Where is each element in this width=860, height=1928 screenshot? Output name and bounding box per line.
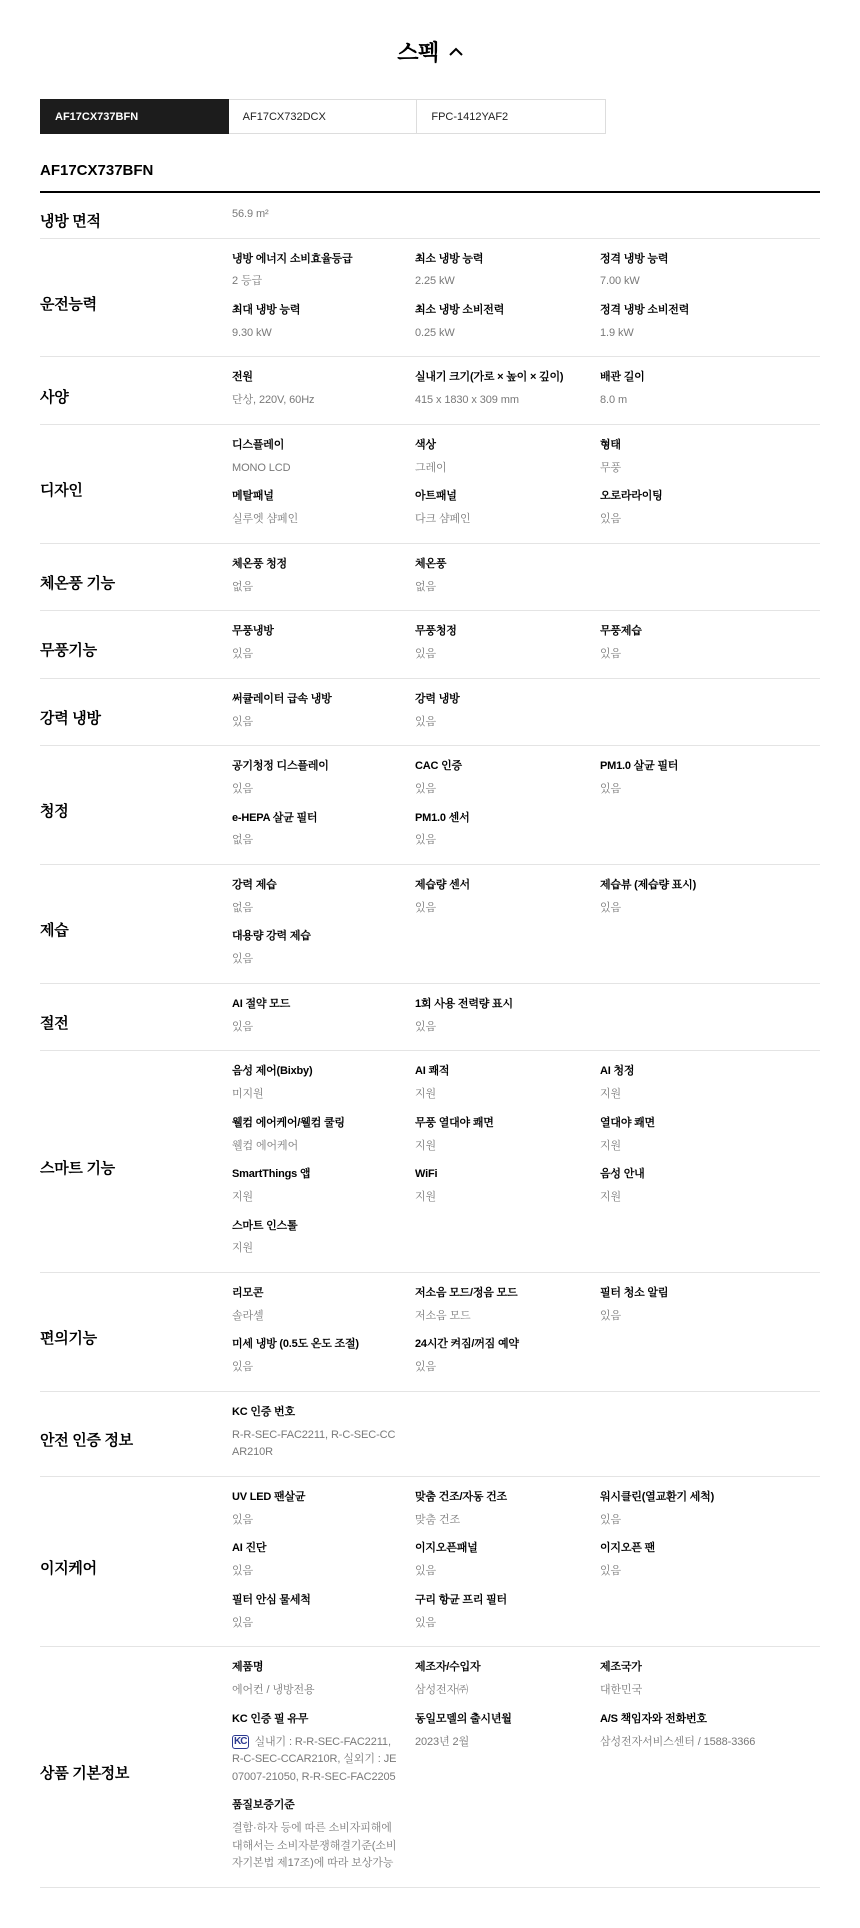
spec-cell: 워시클린(열교환기 세척)있음 <box>600 1490 820 1529</box>
spec-label: CAC 인증 <box>415 759 586 774</box>
spec-cell: WiFi지원 <box>415 1167 600 1206</box>
spec-label: 제조자/수입자 <box>415 1660 586 1675</box>
spec-value: 56.9 m² <box>232 206 401 224</box>
section-title: 무풍기능 <box>40 639 232 660</box>
section-title: 절전 <box>40 1012 232 1033</box>
spec-value: 단상, 220V, 60Hz <box>232 392 401 410</box>
spec-value: 미지원 <box>232 1086 401 1104</box>
spec-cell: 1회 사용 전력량 표시있음 <box>415 997 600 1036</box>
spec-cell: 스마트 인스톨지원 <box>232 1219 415 1258</box>
spec-value: 있음 <box>415 900 586 918</box>
spec-label: UV LED 팬살균 <box>232 1490 401 1505</box>
spec-label: WiFi <box>415 1167 586 1182</box>
spec-value: 2.25 kW <box>415 273 586 291</box>
spec-label: 강력 냉방 <box>415 692 586 707</box>
spec-row: SmartThings 앱지원WiFi지원음성 안내지원 <box>232 1167 820 1218</box>
spec-row: 공기청정 디스플레이있음CAC 인증있음PM1.0 살균 필터있음 <box>232 759 820 810</box>
spec-value: 있음 <box>232 1512 401 1530</box>
spec-value: 있음 <box>600 781 806 799</box>
spec-cell: 체온풍 청정없음 <box>232 557 415 596</box>
spec-cell: KC 인증 번호R-R-SEC-FAC2211, R-C-SEC-CCAR210… <box>232 1405 415 1462</box>
spec-cell: AI 진단있음 <box>232 1541 415 1580</box>
spec-section: 체온풍 기능체온풍 청정없음체온풍없음 <box>40 544 820 611</box>
spec-row: 대용량 강력 제습있음 <box>232 929 820 980</box>
spec-value: 9.30 kW <box>232 325 401 343</box>
spec-section: 절전AI 절약 모드있음1회 사용 전력량 표시있음 <box>40 984 820 1051</box>
spec-cell: 무풍청정있음 <box>415 624 600 663</box>
spec-cell: 이지오픈 팬있음 <box>600 1541 820 1580</box>
spec-label: 색상 <box>415 438 586 453</box>
spec-value: 다크 샴페인 <box>415 511 586 529</box>
spec-value: 있음 <box>600 1563 806 1581</box>
spec-value: 있음 <box>232 1615 401 1633</box>
spec-label: 이지오픈 팬 <box>600 1541 806 1556</box>
spec-label: 무풍제습 <box>600 624 806 639</box>
spec-value: 있음 <box>415 1563 586 1581</box>
spec-cell: 전원단상, 220V, 60Hz <box>232 370 415 409</box>
spec-value: 있음 <box>600 1308 806 1326</box>
spec-value: 삼성전자서비스센터 / 1588-3366 <box>600 1734 806 1752</box>
spec-cell: 써큘레이터 급속 냉방있음 <box>232 692 415 731</box>
spec-label: 스마트 인스톨 <box>232 1219 401 1234</box>
spec-label: 체온풍 <box>415 557 586 572</box>
spec-cell: 제품명에어컨 / 냉방전용 <box>232 1660 415 1699</box>
spec-value: 7.00 kW <box>600 273 806 291</box>
spec-value: 실루엣 샴페인 <box>232 511 401 529</box>
spec-label: 저소음 모드/정음 모드 <box>415 1286 586 1301</box>
spec-label: PM1.0 센서 <box>415 811 586 826</box>
section-title: 디자인 <box>40 479 232 500</box>
spec-section: 제습강력 제습없음제습량 센서있음제습뷰 (제습량 표시)있음대용량 강력 제습… <box>40 865 820 984</box>
spec-cell: 공기청정 디스플레이있음 <box>232 759 415 798</box>
spec-value: 있음 <box>232 714 401 732</box>
spec-section: 냉방 면적56.9 m² <box>40 193 820 239</box>
spec-row: AI 진단있음이지오픈패널있음이지오픈 팬있음 <box>232 1541 820 1592</box>
spec-row: 냉방 에너지 소비효율등급2 등급최소 냉방 능력2.25 kW정격 냉방 능력… <box>232 252 820 303</box>
spec-row: 스마트 인스톨지원 <box>232 1219 820 1270</box>
kc-mark-icon: KC <box>232 1735 249 1749</box>
spec-label: 웰컴 에어케어/웰컴 쿨링 <box>232 1116 401 1131</box>
section-body: KC 인증 번호R-R-SEC-FAC2211, R-C-SEC-CCAR210… <box>232 1405 820 1474</box>
spec-cell: 필터 안심 물세척있음 <box>232 1593 415 1632</box>
section-body: 강력 제습없음제습량 센서있음제습뷰 (제습량 표시)있음대용량 강력 제습있음 <box>232 878 820 981</box>
spec-label: PM1.0 살균 필터 <box>600 759 806 774</box>
spec-label: A/S 책임자와 전화번호 <box>600 1712 806 1727</box>
spec-section: 강력 냉방써큘레이터 급속 냉방있음강력 냉방있음 <box>40 679 820 746</box>
spec-value: 있음 <box>415 1615 586 1633</box>
spec-cell: 강력 냉방있음 <box>415 692 600 731</box>
section-body: 음성 제어(Bixby)미지원AI 쾌적지원AI 청정지원웰컴 에어케어/웰컴 … <box>232 1064 820 1270</box>
spec-value: 있음 <box>600 1512 806 1530</box>
spec-value: R-R-SEC-FAC2211, R-C-SEC-CCAR210R <box>232 1427 401 1462</box>
section-body: 무풍냉방있음무풍청정있음무풍제습있음 <box>232 624 820 675</box>
spec-value: KC실내기 : R-R-SEC-FAC2211, R-C-SEC-CCAR210… <box>232 1734 401 1787</box>
spec-label: 디스플레이 <box>232 438 401 453</box>
section-title: 운전능력 <box>40 293 232 314</box>
spec-cell: AI 절약 모드있음 <box>232 997 415 1036</box>
spec-row: 강력 제습없음제습량 센서있음제습뷰 (제습량 표시)있음 <box>232 878 820 929</box>
spec-value: 있음 <box>232 951 401 969</box>
spec-value: 결함·하자 등에 따른 소비자피해에 대해서는 소비자분쟁해결기준(소비자기본법… <box>232 1820 401 1873</box>
spec-cell: 메탈패널실루엣 샴페인 <box>232 489 415 528</box>
spec-row: 웰컴 에어케어/웰컴 쿨링웰컴 에어케어무풍 열대야 쾌면지원열대야 쾌면지원 <box>232 1116 820 1167</box>
spec-row: 디스플레이MONO LCD색상그레이형태무풍 <box>232 438 820 489</box>
spec-label: 최대 냉방 능력 <box>232 303 401 318</box>
spec-value: 0.25 kW <box>415 325 586 343</box>
spec-value: 있음 <box>600 511 806 529</box>
section-body: 제품명에어컨 / 냉방전용제조자/수입자삼성전자㈜제조국가대한민국KC 인증 필… <box>232 1660 820 1885</box>
model-title: AF17CX737BFN <box>40 162 820 193</box>
spec-label: 필터 안심 물세척 <box>232 1593 401 1608</box>
spec-label: KC 인증 필 유무 <box>232 1712 401 1727</box>
spec-cell: 동일모델의 출시년월2023년 2월 <box>415 1712 600 1787</box>
section-title: 편의기능 <box>40 1327 232 1348</box>
spec-value: 그레이 <box>415 460 586 478</box>
spec-label: 무풍 열대야 쾌면 <box>415 1116 586 1131</box>
section-body: 디스플레이MONO LCD색상그레이형태무풍메탈패널실루엣 샴페인아트패널다크 … <box>232 438 820 541</box>
spec-cell: 정격 냉방 능력7.00 kW <box>600 252 820 291</box>
spec-value: 있음 <box>232 1019 401 1037</box>
spec-cell: 무풍제습있음 <box>600 624 820 663</box>
spec-value: 있음 <box>415 714 586 732</box>
spec-value: 웰컴 에어케어 <box>232 1138 401 1156</box>
spec-label: 정격 냉방 소비전력 <box>600 303 806 318</box>
spec-label: AI 청정 <box>600 1064 806 1079</box>
spec-value: 솔라셀 <box>232 1308 401 1326</box>
spec-cell: UV LED 팬살균있음 <box>232 1490 415 1529</box>
section-body: 리모콘솔라셀저소음 모드/정음 모드저소음 모드필터 청소 알림있음미세 냉방 … <box>232 1286 820 1389</box>
spec-row: 리모콘솔라셀저소음 모드/정음 모드저소음 모드필터 청소 알림있음 <box>232 1286 820 1337</box>
spec-section: 운전능력냉방 에너지 소비효율등급2 등급최소 냉방 능력2.25 kW정격 냉… <box>40 239 820 358</box>
spec-row: AI 절약 모드있음1회 사용 전력량 표시있음 <box>232 997 820 1048</box>
spec-label: 최소 냉방 능력 <box>415 252 586 267</box>
spec-label: AI 쾌적 <box>415 1064 586 1079</box>
spec-cell: 맞춤 건조/자동 건조맞춤 건조 <box>415 1490 600 1529</box>
spec-value: 지원 <box>232 1189 401 1207</box>
spec-value: 지원 <box>415 1086 586 1104</box>
spec-cell: 24시간 켜짐/꺼짐 예약있음 <box>415 1337 600 1376</box>
spec-label: 음성 안내 <box>600 1167 806 1182</box>
spec-row: KC 인증 번호R-R-SEC-FAC2211, R-C-SEC-CCAR210… <box>232 1405 820 1474</box>
spec-sections: 냉방 면적56.9 m²운전능력냉방 에너지 소비효율등급2 등급최소 냉방 능… <box>40 193 820 1888</box>
model-tab-fpc-1412yaf2[interactable]: FPC-1412YAF2 <box>417 99 606 134</box>
spec-value: 지원 <box>600 1189 806 1207</box>
spec-label: 냉방 에너지 소비효율등급 <box>232 252 401 267</box>
spec-value: 있음 <box>415 646 586 664</box>
spec-label: KC 인증 번호 <box>232 1405 401 1420</box>
spec-cell: 실내기 크기(가로 × 높이 × 깊이)415 x 1830 x 309 mm <box>415 370 600 409</box>
spec-cell: 이지오픈패널있음 <box>415 1541 600 1580</box>
spec-cell: 무풍 열대야 쾌면지원 <box>415 1116 600 1155</box>
spec-value: 지원 <box>600 1138 806 1156</box>
spec-value: 지원 <box>415 1138 586 1156</box>
spec-label: 정격 냉방 능력 <box>600 252 806 267</box>
spec-label: 리모콘 <box>232 1286 401 1301</box>
spec-label: 메탈패널 <box>232 489 401 504</box>
spec-section: 청정공기청정 디스플레이있음CAC 인증있음PM1.0 살균 필터있음e-HEP… <box>40 746 820 865</box>
spec-cell: 필터 청소 알림있음 <box>600 1286 820 1325</box>
spec-value: 에어컨 / 냉방전용 <box>232 1682 401 1700</box>
spec-row: 품질보증기준결함·하자 등에 따른 소비자피해에 대해서는 소비자분쟁해결기준(… <box>232 1798 820 1885</box>
section-body: 56.9 m² <box>232 206 820 236</box>
spec-value: 지원 <box>232 1240 401 1258</box>
spec-label: 아트패널 <box>415 489 586 504</box>
section-body: 전원단상, 220V, 60Hz실내기 크기(가로 × 높이 × 깊이)415 … <box>232 370 820 421</box>
spec-value: 맞춤 건조 <box>415 1512 586 1530</box>
spec-cell: 디스플레이MONO LCD <box>232 438 415 477</box>
spec-label: 1회 사용 전력량 표시 <box>415 997 586 1012</box>
spec-label: 체온풍 청정 <box>232 557 401 572</box>
spec-row: UV LED 팬살균있음맞춤 건조/자동 건조맞춤 건조워시클린(열교환기 세척… <box>232 1490 820 1541</box>
spec-cell: 체온풍없음 <box>415 557 600 596</box>
spec-cell: 아트패널다크 샴페인 <box>415 489 600 528</box>
spec-label: 제습량 센서 <box>415 878 586 893</box>
chevron-up-icon <box>449 47 463 56</box>
section-title: 안전 인증 정보 <box>40 1429 232 1450</box>
spec-value: 415 x 1830 x 309 mm <box>415 392 586 410</box>
spec-cell: 정격 냉방 소비전력1.9 kW <box>600 303 820 342</box>
section-body: 체온풍 청정없음체온풍없음 <box>232 557 820 608</box>
spec-value: 저소음 모드 <box>415 1308 586 1326</box>
spec-label: e-HEPA 살균 필터 <box>232 811 401 826</box>
spec-label: 대용량 강력 제습 <box>232 929 401 944</box>
spec-row: 음성 제어(Bixby)미지원AI 쾌적지원AI 청정지원 <box>232 1064 820 1115</box>
spec-cell: 열대야 쾌면지원 <box>600 1116 820 1155</box>
spec-label: 워시클린(열교환기 세척) <box>600 1490 806 1505</box>
spec-value: 8.0 m <box>600 392 806 410</box>
model-tabs: AF17CX737BFNAF17CX732DCXFPC-1412YAF2 <box>40 99 606 134</box>
spec-label: 필터 청소 알림 <box>600 1286 806 1301</box>
spec-label: 최소 냉방 소비전력 <box>415 303 586 318</box>
spec-section: 사양전원단상, 220V, 60Hz실내기 크기(가로 × 높이 × 깊이)41… <box>40 357 820 424</box>
spec-label: 맞춤 건조/자동 건조 <box>415 1490 586 1505</box>
spec-row: 최대 냉방 능력9.30 kW최소 냉방 소비전력0.25 kW정격 냉방 소비… <box>232 303 820 354</box>
spec-row: e-HEPA 살균 필터없음PM1.0 센서있음 <box>232 811 820 862</box>
spec-label: 열대야 쾌면 <box>600 1116 806 1131</box>
spec-page: 스펙 AF17CX737BFNAF17CX732DCXFPC-1412YAF2 … <box>0 0 860 1928</box>
spec-label: 품질보증기준 <box>232 1798 401 1813</box>
spec-section: 편의기능리모콘솔라셀저소음 모드/정음 모드저소음 모드필터 청소 알림있음미세… <box>40 1273 820 1392</box>
spec-value: 2 등급 <box>232 273 401 291</box>
spec-value: 지원 <box>600 1086 806 1104</box>
spec-cell: 최소 냉방 능력2.25 kW <box>415 252 600 291</box>
spec-value: 있음 <box>232 781 401 799</box>
section-title: 상품 기본정보 <box>40 1762 232 1783</box>
spec-cell: 형태무풍 <box>600 438 820 477</box>
spec-value: 없음 <box>415 579 586 597</box>
spec-value: 없음 <box>232 900 401 918</box>
spec-label: 배관 길이 <box>600 370 806 385</box>
spec-label: 오로라라이팅 <box>600 489 806 504</box>
spec-cell: 제습량 센서있음 <box>415 878 600 917</box>
spec-row: 전원단상, 220V, 60Hz실내기 크기(가로 × 높이 × 깊이)415 … <box>232 370 820 421</box>
spec-section: 스마트 기능음성 제어(Bixby)미지원AI 쾌적지원AI 청정지원웰컴 에어… <box>40 1051 820 1273</box>
spec-cell: 품질보증기준결함·하자 등에 따른 소비자피해에 대해서는 소비자분쟁해결기준(… <box>232 1798 415 1873</box>
spec-label: 24시간 켜짐/꺼짐 예약 <box>415 1337 586 1352</box>
spec-row: KC 인증 필 유무KC실내기 : R-R-SEC-FAC2211, R-C-S… <box>232 1712 820 1799</box>
spec-label: 미세 냉방 (0.5도 온도 조절) <box>232 1337 401 1352</box>
section-body: 써큘레이터 급속 냉방있음강력 냉방있음 <box>232 692 820 743</box>
spec-row: 무풍냉방있음무풍청정있음무풍제습있음 <box>232 624 820 675</box>
spec-label: AI 절약 모드 <box>232 997 401 1012</box>
spec-value: 없음 <box>232 579 401 597</box>
spec-cell: 강력 제습없음 <box>232 878 415 917</box>
spec-label: 음성 제어(Bixby) <box>232 1064 401 1079</box>
page-title: 스펙 <box>397 36 439 67</box>
spec-label: 제습뷰 (제습량 표시) <box>600 878 806 893</box>
spec-row: 체온풍 청정없음체온풍없음 <box>232 557 820 608</box>
spec-section: 상품 기본정보제품명에어컨 / 냉방전용제조자/수입자삼성전자㈜제조국가대한민국… <box>40 1647 820 1888</box>
spec-row: 제품명에어컨 / 냉방전용제조자/수입자삼성전자㈜제조국가대한민국 <box>232 1660 820 1711</box>
spec-cell: 음성 안내지원 <box>600 1167 820 1206</box>
spec-value: 지원 <box>415 1189 586 1207</box>
spec-label: 전원 <box>232 370 401 385</box>
spec-label: 무풍냉방 <box>232 624 401 639</box>
spec-value: 무풍 <box>600 460 806 478</box>
section-title: 사양 <box>40 386 232 407</box>
spec-cell: 리모콘솔라셀 <box>232 1286 415 1325</box>
section-title: 냉방 면적 <box>40 210 232 231</box>
spec-label: SmartThings 앱 <box>232 1167 401 1182</box>
spec-section: 이지케어UV LED 팬살균있음맞춤 건조/자동 건조맞춤 건조워시클린(열교환… <box>40 1477 820 1647</box>
spec-value: 있음 <box>415 1019 586 1037</box>
spec-value: 있음 <box>415 832 586 850</box>
spec-value: 1.9 kW <box>600 325 806 343</box>
spec-value: 있음 <box>600 646 806 664</box>
spec-cell: 웰컴 에어케어/웰컴 쿨링웰컴 에어케어 <box>232 1116 415 1155</box>
section-body: UV LED 팬살균있음맞춤 건조/자동 건조맞춤 건조워시클린(열교환기 세척… <box>232 1490 820 1644</box>
spec-label: 제조국가 <box>600 1660 806 1675</box>
spec-cell: e-HEPA 살균 필터없음 <box>232 811 415 850</box>
spec-label: 공기청정 디스플레이 <box>232 759 401 774</box>
spec-section: 안전 인증 정보KC 인증 번호R-R-SEC-FAC2211, R-C-SEC… <box>40 1392 820 1477</box>
spec-cell: AI 청정지원 <box>600 1064 820 1103</box>
spec-cell: 배관 길이8.0 m <box>600 370 820 409</box>
spec-cell: 대용량 강력 제습있음 <box>232 929 415 968</box>
spec-cell: 제조자/수입자삼성전자㈜ <box>415 1660 600 1699</box>
model-tab-af17cx732dcx[interactable]: AF17CX732DCX <box>229 99 418 134</box>
spec-row: 56.9 m² <box>232 206 820 236</box>
spec-cell: 오로라라이팅있음 <box>600 489 820 528</box>
spec-value: 없음 <box>232 832 401 850</box>
spec-value: 있음 <box>232 1563 401 1581</box>
spec-value: 있음 <box>415 781 586 799</box>
spec-value: 삼성전자㈜ <box>415 1682 586 1700</box>
spec-cell: A/S 책임자와 전화번호삼성전자서비스센터 / 1588-3366 <box>600 1712 820 1787</box>
model-tab-af17cx737bfn[interactable]: AF17CX737BFN <box>40 99 229 134</box>
spec-cell: 저소음 모드/정음 모드저소음 모드 <box>415 1286 600 1325</box>
spec-cell: 제조국가대한민국 <box>600 1660 820 1699</box>
spec-value: 있음 <box>415 1359 586 1377</box>
spec-row: 필터 안심 물세척있음구리 항균 프리 필터있음 <box>232 1593 820 1644</box>
spec-cell: 제습뷰 (제습량 표시)있음 <box>600 878 820 917</box>
section-body: 냉방 에너지 소비효율등급2 등급최소 냉방 능력2.25 kW정격 냉방 능력… <box>232 252 820 355</box>
spec-value: MONO LCD <box>232 460 401 478</box>
spec-value: 있음 <box>232 646 401 664</box>
spec-cell: 최대 냉방 능력9.30 kW <box>232 303 415 342</box>
spec-value: 있음 <box>600 900 806 918</box>
spec-cell: 색상그레이 <box>415 438 600 477</box>
spec-row: 메탈패널실루엣 샴페인아트패널다크 샴페인오로라라이팅있음 <box>232 489 820 540</box>
section-title: 제습 <box>40 919 232 940</box>
section-title: 체온풍 기능 <box>40 572 232 593</box>
spec-section: 무풍기능무풍냉방있음무풍청정있음무풍제습있음 <box>40 611 820 678</box>
spec-label: 실내기 크기(가로 × 높이 × 깊이) <box>415 370 586 385</box>
spec-cell: 음성 제어(Bixby)미지원 <box>232 1064 415 1103</box>
section-body: AI 절약 모드있음1회 사용 전력량 표시있음 <box>232 997 820 1048</box>
spec-value: 있음 <box>232 1359 401 1377</box>
spec-label: 강력 제습 <box>232 878 401 893</box>
spec-row: 써큘레이터 급속 냉방있음강력 냉방있음 <box>232 692 820 743</box>
spec-label: 써큘레이터 급속 냉방 <box>232 692 401 707</box>
spec-row: 미세 냉방 (0.5도 온도 조절)있음24시간 켜짐/꺼짐 예약있음 <box>232 1337 820 1388</box>
spec-cell: 냉방 에너지 소비효율등급2 등급 <box>232 252 415 291</box>
spec-cell: 56.9 m² <box>232 206 415 224</box>
spec-cell: 미세 냉방 (0.5도 온도 조절)있음 <box>232 1337 415 1376</box>
section-title: 이지케어 <box>40 1557 232 1578</box>
spec-label: 제품명 <box>232 1660 401 1675</box>
spec-label: 형태 <box>600 438 806 453</box>
spec-cell: KC 인증 필 유무KC실내기 : R-R-SEC-FAC2211, R-C-S… <box>232 1712 415 1787</box>
spec-label: 구리 항균 프리 필터 <box>415 1593 586 1608</box>
spec-cell: PM1.0 살균 필터있음 <box>600 759 820 798</box>
section-title: 스마트 기능 <box>40 1157 232 1178</box>
spec-cell: 구리 항균 프리 필터있음 <box>415 1593 600 1632</box>
spec-label: 동일모델의 출시년월 <box>415 1712 586 1727</box>
spec-value: 대한민국 <box>600 1682 806 1700</box>
spec-cell: CAC 인증있음 <box>415 759 600 798</box>
section-title: 청정 <box>40 800 232 821</box>
spec-label: 이지오픈패널 <box>415 1541 586 1556</box>
spec-accordion-header[interactable]: 스펙 <box>40 0 820 99</box>
section-body: 공기청정 디스플레이있음CAC 인증있음PM1.0 살균 필터있음e-HEPA … <box>232 759 820 862</box>
spec-cell: 최소 냉방 소비전력0.25 kW <box>415 303 600 342</box>
spec-section: 디자인디스플레이MONO LCD색상그레이형태무풍메탈패널실루엣 샴페인아트패널… <box>40 425 820 544</box>
spec-label: 무풍청정 <box>415 624 586 639</box>
spec-label: AI 진단 <box>232 1541 401 1556</box>
section-title: 강력 냉방 <box>40 707 232 728</box>
spec-value: 2023년 2월 <box>415 1734 586 1752</box>
spec-cell: SmartThings 앱지원 <box>232 1167 415 1206</box>
spec-cell: AI 쾌적지원 <box>415 1064 600 1103</box>
spec-cell: PM1.0 센서있음 <box>415 811 600 850</box>
spec-cell: 무풍냉방있음 <box>232 624 415 663</box>
